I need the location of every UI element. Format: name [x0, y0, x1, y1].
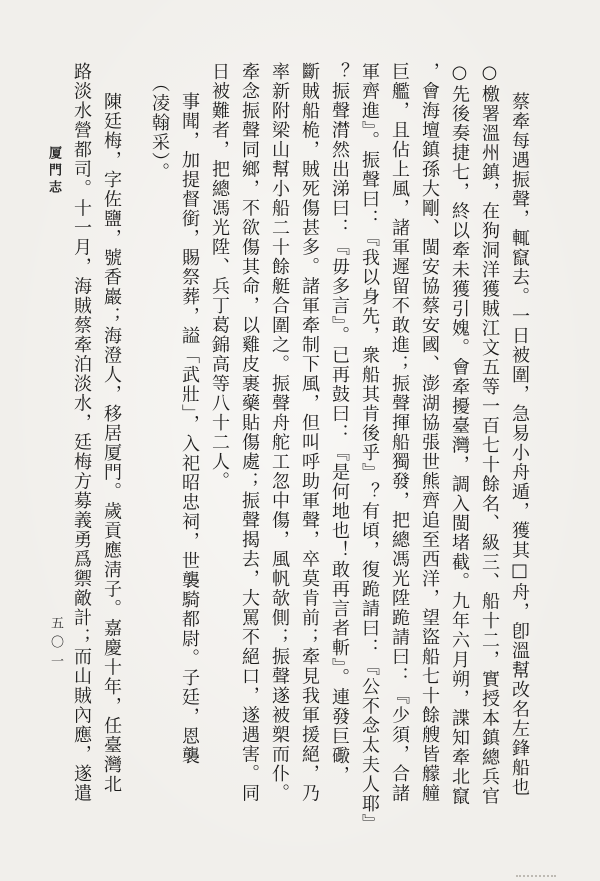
scanned-book-page: 厦門志 五〇一 蔡牽每遇振聲，輒竄去。一日被圍，急易小舟遁，獲其□舟，卽溫幫改名…	[0, 0, 600, 881]
text-column-attribution: （凌翰采）。	[144, 62, 174, 852]
page-number: 五〇一	[46, 616, 65, 673]
text-column: 牽念振聲同鄉，不欲傷其命，以雞皮裹藥貼傷處；振聲揭去，大罵不絕口，遂遇害。同	[234, 62, 264, 852]
text-column: 路淡水營都司。十一月，海賊蔡牽泊淡水，廷梅方募義勇爲禦敵計；而山賊內應，遂遣	[66, 62, 96, 852]
text-column: ○檄署溫州鎮，在狗洞洋獲賊江文五等一百七十餘名、級三、船十二，實授本鎮總兵官	[474, 62, 504, 852]
text-column-new-entry: 陳廷梅，字佐鹽，號香巖；海澄人，移居厦門。歲貢應淸子。嘉慶十年，任臺灣北	[96, 62, 126, 852]
text-column: 蔡牽每遇振聲，輒竄去。一日被圍，急易小舟遁，獲其□舟，卽溫幫改名左鋒船也	[504, 62, 534, 852]
text-column: 軍齊進』。振聲曰：『我以身先，衆船其肯後乎』？有頃，復跪請曰：『公不念太夫人耶』	[354, 62, 384, 852]
text-column: ○先後奏捷七，終以牽未獲引媿。會牽擾臺灣，調入閩堵截。九年六月朔，諜知牽北竄	[444, 62, 474, 852]
text-column: 率新附梁山幫小船二十餘艇合圍之。振聲舟舵工忽中傷，風帆欹側；振聲遂被槊而仆。	[264, 62, 294, 852]
text-column: 日被難者，把總馮光陞、兵丁葛錦高等八十二人。	[204, 62, 234, 852]
text-column: 斷賊船桅，賊死傷甚多。諸軍牽制下風，但叫呼助軍聲，卒莫肯前；牽見我軍援絕，乃	[294, 62, 324, 852]
book-title: 厦門志	[44, 146, 63, 197]
text-column: ？振聲潸然出涕曰：『毋多言』。已再鼓曰：『是何地也！敢再言者斬』。連發巨礮，	[324, 62, 354, 852]
text-column: 巨艦，且佔上風，諸軍遲留不敢進；振聲揮船獨發，把總馮光陞跪請曰：『少須，合諸	[384, 62, 414, 852]
main-text-block: 蔡牽每遇振聲，輒竄去。一日被圍，急易小舟遁，獲其□舟，卽溫幫改名左鋒船也 ○檄署…	[66, 62, 534, 852]
text-column: ，會海壇鎮孫大剛、閩安協蔡安國、澎湖協張世熊齊追至西洋，望盜船七十餘艘皆艨艟	[414, 62, 444, 852]
scan-artifact	[516, 870, 556, 877]
text-column: 事聞，加提督銜，賜祭葬，謚「武壯」，入祀昭忠祠，世襲騎都尉。子廷，恩襲	[174, 62, 204, 852]
